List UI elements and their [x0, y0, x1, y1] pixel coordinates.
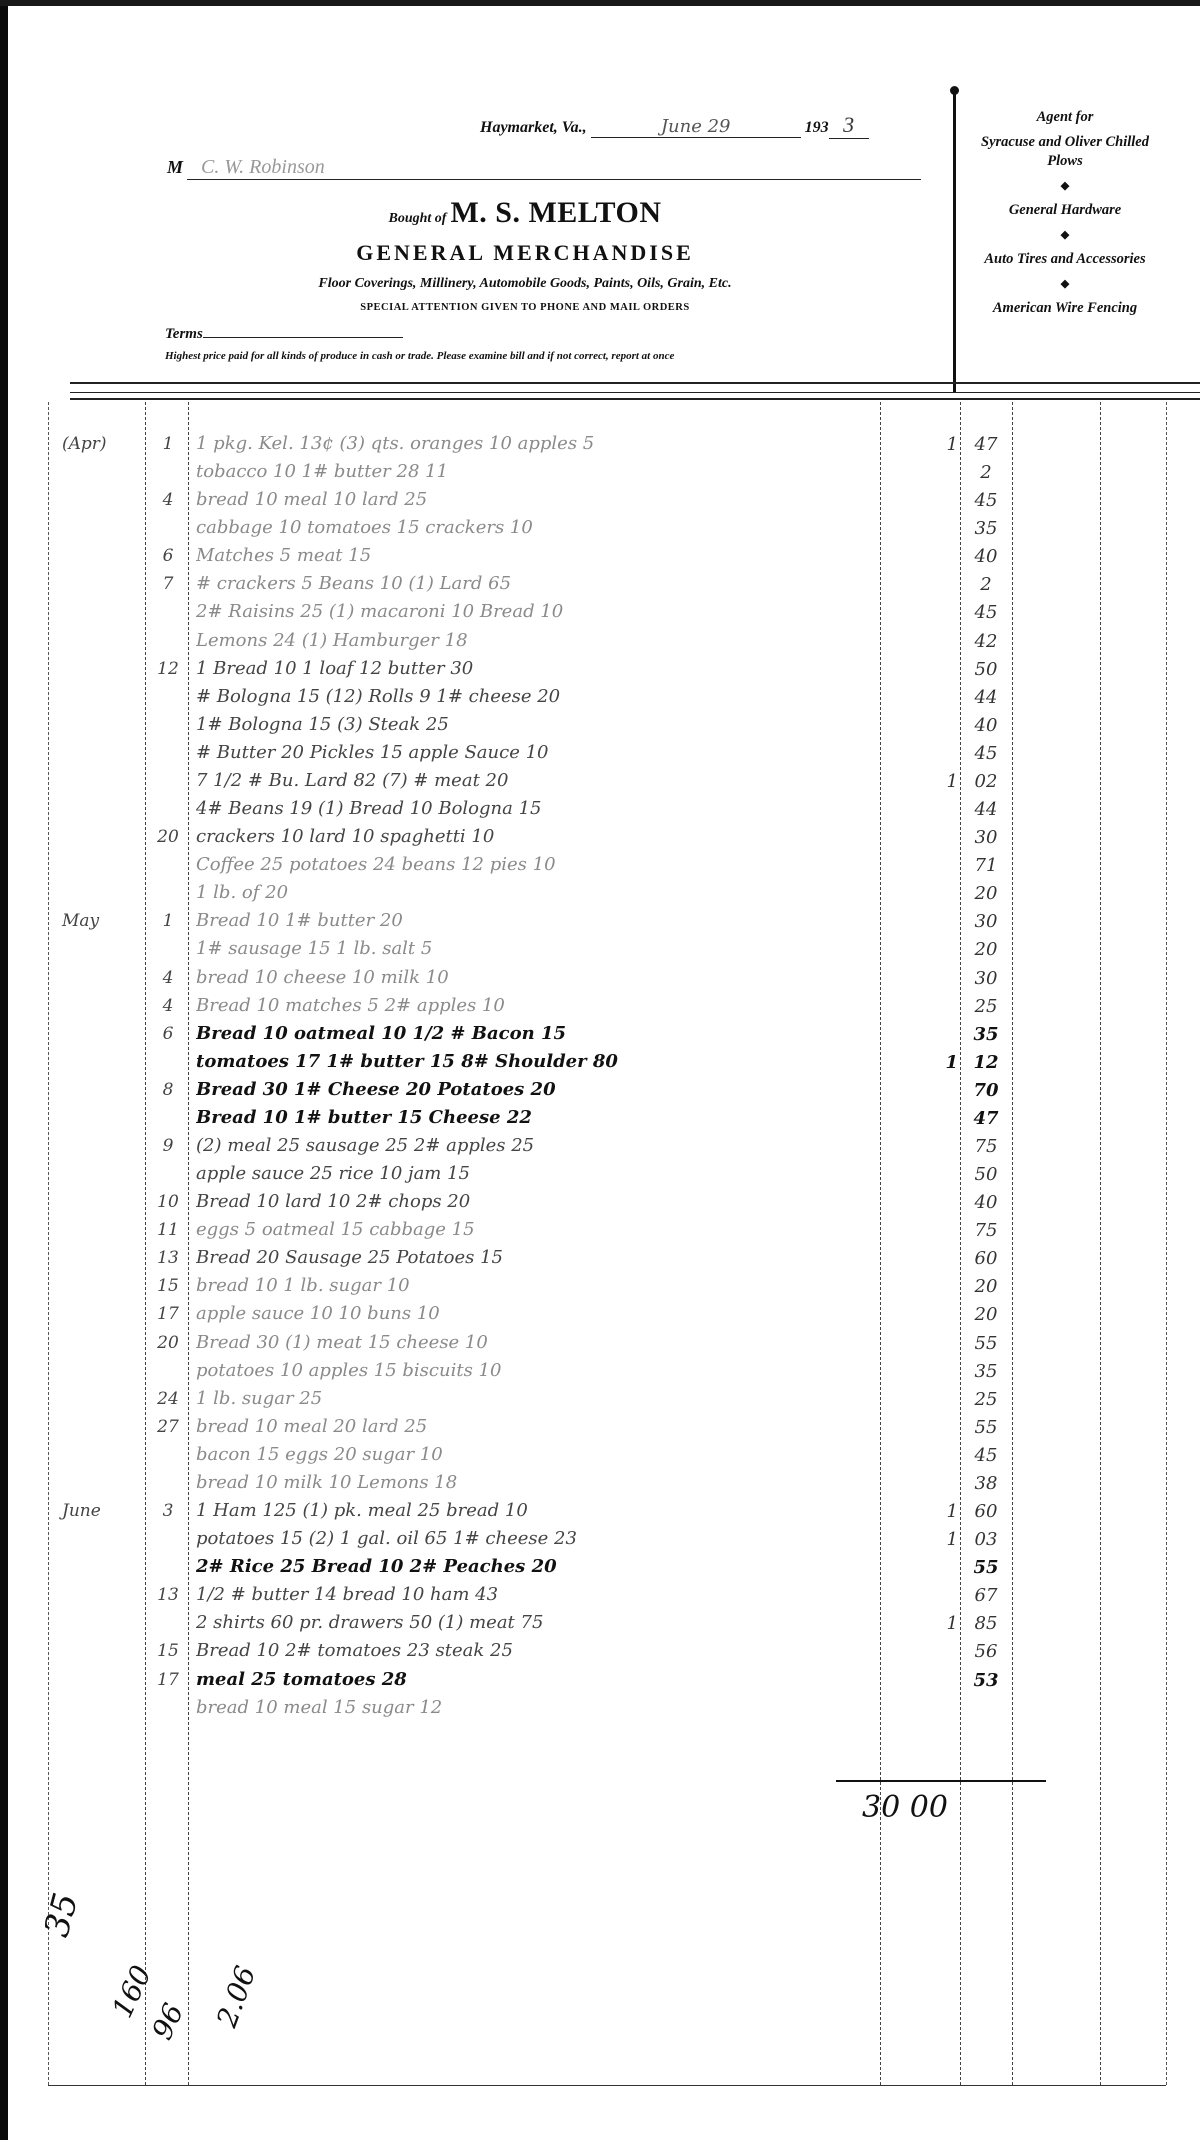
entry-cents: 20 [964, 883, 1008, 904]
entry-cents: 45 [964, 1445, 1008, 1466]
entry-description: apple sauce 25 rice 10 jam 15 [196, 1163, 876, 1184]
entry-description: potatoes 10 apples 15 biscuits 10 [196, 1360, 876, 1381]
entry-cents: 40 [964, 1192, 1008, 1213]
entry-day: 20 [148, 1333, 188, 1353]
entry-description: potatoes 15 (2) 1 gal. oil 65 1# cheese … [196, 1528, 876, 1549]
entry-day: 6 [148, 546, 188, 566]
entry-cents: 03 [964, 1529, 1008, 1550]
ledger-right-border [1166, 402, 1167, 2085]
entry-description: apple sauce 10 10 buns 10 [196, 1303, 876, 1324]
entry-cents: 55 [964, 1557, 1008, 1578]
entry-description: 1/2 # butter 14 bread 10 ham 43 [196, 1584, 876, 1605]
entry-day: 4 [148, 968, 188, 988]
entry-day: 6 [148, 1024, 188, 1044]
margin-calc-160: 160 [105, 1960, 157, 2022]
entry-cents: 56 [964, 1641, 1008, 1662]
business-type: GENERAL MERCHANDISE [115, 240, 935, 266]
entry-day: 20 [148, 827, 188, 847]
entry-day: 17 [148, 1670, 188, 1690]
entry-dollars: 1 [878, 1529, 958, 1550]
entry-description: # Butter 20 Pickles 15 apple Sauce 10 [196, 742, 876, 763]
entry-day: 10 [148, 1192, 188, 1212]
header-vertical-divider [953, 92, 956, 392]
agent-item-plows: Syracuse and Oliver Chilled Plows [965, 133, 1165, 171]
entry-cents: 45 [964, 602, 1008, 623]
entry-cents: 60 [964, 1501, 1008, 1522]
entry-description: 1 lb. of 20 [196, 882, 876, 903]
entry-description: crackers 10 lard 10 spaghetti 10 [196, 826, 876, 847]
entry-description: bread 10 1 lb. sugar 10 [196, 1275, 876, 1296]
entry-day: 4 [148, 996, 188, 1016]
entry-description: bacon 15 eggs 20 sugar 10 [196, 1444, 876, 1465]
entry-description: Bread 10 oatmeal 10 1/2 # Bacon 15 [196, 1023, 876, 1044]
entry-cents: 2 [964, 462, 1008, 483]
entry-month: June [62, 1501, 142, 1521]
entry-description: Bread 10 1# butter 20 [196, 910, 876, 931]
agent-item-fencing: American Wire Fencing [965, 299, 1165, 318]
agent-item-hardware: General Hardware [965, 201, 1165, 220]
margin-calc-result: 2.06 [210, 1962, 262, 2032]
produce-notice: Highest price paid for all kinds of prod… [165, 350, 674, 362]
entry-dollars: 1 [878, 434, 958, 455]
entry-cents: 55 [964, 1333, 1008, 1354]
entry-cents: 38 [964, 1473, 1008, 1494]
entry-month: May [62, 911, 142, 931]
entry-description: Bread 30 1# Cheese 20 Potatoes 20 [196, 1079, 876, 1100]
entry-description: bread 10 meal 20 lard 25 [196, 1416, 876, 1437]
entry-day: 9 [148, 1136, 188, 1156]
diamond-separator-icon: ◆ [965, 275, 1165, 294]
header-rule-bottom [70, 398, 1200, 400]
ledger-row [48, 1722, 1166, 1758]
entry-cents: 44 [964, 799, 1008, 820]
special-notice: SPECIAL ATTENTION GIVEN TO PHONE AND MAI… [115, 302, 935, 313]
entry-cents: 50 [964, 1164, 1008, 1185]
customer-line: M C. W. Robinson [167, 156, 927, 180]
entry-cents: 2 [964, 574, 1008, 595]
entry-day: 11 [148, 1220, 188, 1240]
entry-description: 2# Raisins 25 (1) macaroni 10 Bread 10 [196, 601, 876, 622]
place-date-line: Haymarket, Va., June 29 1933 [480, 112, 869, 139]
scan-top-edge [0, 0, 1200, 6]
entry-cents: 25 [964, 996, 1008, 1017]
entry-day: 13 [148, 1248, 188, 1268]
entry-cents: 85 [964, 1613, 1008, 1634]
entry-cents: 53 [964, 1670, 1008, 1691]
entry-description: Bread 30 (1) meat 15 cheese 10 [196, 1332, 876, 1353]
entry-description: Coffee 25 potatoes 24 beans 12 pies 10 [196, 854, 876, 875]
entry-day: 12 [148, 659, 188, 679]
agent-item-tires: Auto Tires and Accessories [965, 250, 1165, 269]
merchant-line: Bought of M. S. MELTON [115, 196, 935, 230]
entry-cents: 20 [964, 1304, 1008, 1325]
invoice-header: Haymarket, Va., June 29 1933 M C. W. Rob… [115, 100, 935, 390]
agent-title: Agent for [965, 108, 1165, 127]
entry-day: 17 [148, 1304, 188, 1324]
entry-description: 1# sausage 15 1 lb. salt 5 [196, 938, 876, 959]
entry-cents: 45 [964, 490, 1008, 511]
entry-cents: 20 [964, 1276, 1008, 1297]
total-amount: 30 00 [862, 1790, 948, 1825]
entry-cents: 40 [964, 715, 1008, 736]
entry-cents: 20 [964, 939, 1008, 960]
merchant-name: M. S. MELTON [450, 196, 661, 229]
entry-cents: 30 [964, 968, 1008, 989]
entry-day: 27 [148, 1417, 188, 1437]
entry-description: 2# Rice 25 Bread 10 2# Peaches 20 [196, 1556, 876, 1577]
bought-of-label: Bought of [388, 211, 446, 226]
entry-dollars: 1 [878, 1501, 958, 1522]
entry-description: Bread 10 1# butter 15 Cheese 22 [196, 1107, 876, 1128]
entry-day: 24 [148, 1389, 188, 1409]
entry-cents: 40 [964, 546, 1008, 567]
entry-description: (2) meal 25 sausage 25 2# apples 25 [196, 1135, 876, 1156]
margin-note-35: 35 [37, 1889, 87, 1941]
entry-cents: 55 [964, 1417, 1008, 1438]
entry-description: Lemons 24 (1) Hamburger 18 [196, 630, 876, 651]
total-cents: 00 [910, 1790, 948, 1825]
entry-cents: 30 [964, 827, 1008, 848]
entry-description: 1 Bread 10 1 loaf 12 butter 30 [196, 658, 876, 679]
entry-day: 15 [148, 1276, 188, 1296]
customer-name-field: C. W. Robinson [187, 156, 921, 180]
entry-day: 7 [148, 574, 188, 594]
entry-month: (Apr) [62, 434, 142, 454]
entry-cents: 75 [964, 1136, 1008, 1157]
entry-description: Matches 5 meat 15 [196, 545, 876, 566]
entry-day: 8 [148, 1080, 188, 1100]
entry-day: 13 [148, 1585, 188, 1605]
entry-description: 1# Bologna 15 (3) Steak 25 [196, 714, 876, 735]
ledger-bottom-border [48, 2085, 1166, 2086]
entry-cents: 47 [964, 1108, 1008, 1129]
entry-description: 4# Beans 19 (1) Bread 10 Bologna 15 [196, 798, 876, 819]
margin-calc-96: 96 [145, 1998, 190, 2044]
agent-panel: Agent for Syracuse and Oliver Chilled Pl… [965, 108, 1165, 324]
entry-cents: 12 [964, 1052, 1008, 1073]
entry-cents: 42 [964, 631, 1008, 652]
terms-label: Terms [165, 326, 203, 342]
entry-description: tomatoes 17 1# butter 15 8# Shoulder 80 [196, 1051, 876, 1072]
entry-description: tobacco 10 1# butter 28 11 [196, 461, 876, 482]
entry-description: meal 25 tomatoes 28 [196, 1669, 876, 1690]
total-rule [836, 1780, 1046, 1782]
entry-day: 1 [148, 911, 188, 931]
entry-description: # Bologna 15 (12) Rolls 9 1# cheese 20 [196, 686, 876, 707]
entry-cents: 71 [964, 855, 1008, 876]
entry-day: 15 [148, 1641, 188, 1661]
entry-description: eggs 5 oatmeal 15 cabbage 15 [196, 1219, 876, 1240]
entry-description: 7 1/2 # Bu. Lard 82 (7) # meat 20 [196, 770, 876, 791]
entry-cents: 35 [964, 1024, 1008, 1045]
diamond-separator-icon: ◆ [965, 226, 1165, 245]
entry-cents: 44 [964, 687, 1008, 708]
entry-description: # crackers 5 Beans 10 (1) Lard 65 [196, 573, 876, 594]
entry-day: 4 [148, 490, 188, 510]
entry-day: 1 [148, 434, 188, 454]
entry-description: 2 shirts 60 pr. drawers 50 (1) meat 75 [196, 1612, 876, 1633]
entry-description: Bread 20 Sausage 25 Potatoes 15 [196, 1247, 876, 1268]
entry-description: 1 lb. sugar 25 [196, 1388, 876, 1409]
entry-description: bread 10 cheese 10 milk 10 [196, 967, 876, 988]
entry-cents: 67 [964, 1585, 1008, 1606]
entry-cents: 35 [964, 1361, 1008, 1382]
entry-cents: 30 [964, 911, 1008, 932]
entry-cents: 02 [964, 771, 1008, 792]
header-rule-top [70, 382, 1200, 384]
entry-description: 1 Ham 125 (1) pk. meal 25 bread 10 [196, 1500, 876, 1521]
entry-cents: 45 [964, 743, 1008, 764]
scan-edge [0, 0, 8, 2140]
product-lines: Floor Coverings, Millinery, Automobile G… [115, 276, 935, 292]
entry-description: Bread 10 lard 10 2# chops 20 [196, 1191, 876, 1212]
entry-cents: 35 [964, 518, 1008, 539]
total-dollars: 30 [862, 1790, 900, 1825]
entry-cents: 50 [964, 659, 1008, 680]
entry-cents: 70 [964, 1080, 1008, 1101]
entry-dollars: 1 [878, 771, 958, 792]
entry-description: bread 10 meal 15 sugar 12 [196, 1697, 876, 1718]
date-field: June 29 [591, 116, 801, 138]
terms-line: Terms [165, 326, 403, 343]
entry-cents: 75 [964, 1220, 1008, 1241]
year-suffix-field: 3 [829, 112, 869, 139]
entry-dollars: 1 [878, 1613, 958, 1634]
entry-description: Bread 10 matches 5 2# apples 10 [196, 995, 876, 1016]
entry-cents: 25 [964, 1389, 1008, 1410]
entry-day: 3 [148, 1501, 188, 1521]
year-prefix: 193 [805, 119, 829, 136]
entry-cents: 60 [964, 1248, 1008, 1269]
terms-field [203, 337, 403, 338]
entry-dollars: 1 [878, 1052, 958, 1073]
diamond-separator-icon: ◆ [965, 177, 1165, 196]
entry-description: bread 10 milk 10 Lemons 18 [196, 1472, 876, 1493]
entry-description: bread 10 meal 10 lard 25 [196, 489, 876, 510]
header-rule-mid [70, 392, 1200, 393]
customer-prefix: M [167, 157, 183, 177]
entry-description: 1 pkg. Kel. 13¢ (3) qts. oranges 10 appl… [196, 433, 876, 454]
entry-cents: 47 [964, 434, 1008, 455]
entry-description: Bread 10 2# tomatoes 23 steak 25 [196, 1640, 876, 1661]
place-label: Haymarket, Va., [480, 119, 587, 136]
entry-description: cabbage 10 tomatoes 15 crackers 10 [196, 517, 876, 538]
